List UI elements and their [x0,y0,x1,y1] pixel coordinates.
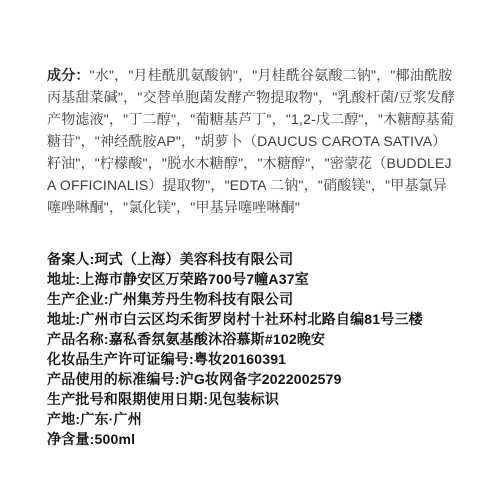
info-value: 广州市白云区均禾街罗岗村十社环村北路自编81号三楼 [80,311,423,327]
info-label: 产品名称 [47,331,104,347]
info-row-net-content: 净含量:500ml [47,429,457,449]
info-label: 产品使用的标准编号 [47,371,175,387]
info-value: 沪G妆网备字2022002579 [180,371,342,387]
info-value: 广东·广州 [80,411,142,427]
info-row-manufacturer: 生产企业:广州集芳丹生物科技有限公司 [47,289,457,309]
info-label: 生产企业 [47,291,104,307]
ingredients-paragraph: 成分："水"，"月桂酰肌氨酸钠"，"月桂酰谷氨酸二钠"，"椰油酰胺丙基甜菜碱"，… [47,64,457,218]
ingredients-separator: ： [75,67,89,83]
info-value: 500ml [94,431,135,447]
ingredients-label: 成分 [47,67,75,83]
info-row-product-name: 产品名称:嘉私香氛氨基酸沐浴慕斯#102晚安 [47,329,457,349]
product-info-page: 成分："水"，"月桂酰肌氨酸钠"，"月桂酰谷氨酸二钠"，"椰油酰胺丙基甜菜碱"，… [0,0,500,500]
info-row-standard-number: 产品使用的标准编号:沪G妆网备字2022002579 [47,369,457,389]
info-row-origin: 产地:广东·广州 [47,409,457,429]
info-label: 净含量 [47,431,90,447]
info-label: 地址 [47,271,75,287]
info-row-production-license: 化妆品生产许可证编号:粤妆20160391 [47,349,457,369]
info-value: 上海市静安区万荣路700号7幢A37室 [80,271,309,287]
info-label: 产地 [47,411,75,427]
info-value: 广州集芳丹生物科技有限公司 [109,291,294,307]
info-value: 嘉私香氛氨基酸沐浴慕斯#102晚安 [109,331,326,347]
product-info-content: 成分："水"，"月桂酰肌氨酸钠"，"月桂酰谷氨酸二钠"，"椰油酰胺丙基甜菜碱"，… [47,64,457,449]
info-row-batch-expiry: 生产批号和限期使用日期:见包装标识 [47,389,457,409]
info-label: 备案人 [47,251,90,267]
info-label: 地址 [47,311,75,327]
info-value: 珂式（上海）美容科技有限公司 [94,251,293,267]
info-label: 生产批号和限期使用日期 [47,391,203,407]
registration-info-block: 备案人:珂式（上海）美容科技有限公司 地址:上海市静安区万荣路700号7幢A37… [47,249,457,449]
info-row-filer: 备案人:珂式（上海）美容科技有限公司 [47,249,457,269]
ingredients-text: "水"，"月桂酰肌氨酸钠"，"月桂酰谷氨酸二钠"，"椰油酰胺丙基甜菜碱"，"交替… [47,67,455,215]
info-label: 化妆品生产许可证编号 [47,351,189,367]
info-value: 粤妆20160391 [194,351,286,367]
info-row-filer-address: 地址:上海市静安区万荣路700号7幢A37室 [47,269,457,289]
info-row-manufacturer-address: 地址:广州市白云区均禾街罗岗村十社环村北路自编81号三楼 [47,309,457,329]
info-value: 见包装标识 [208,391,279,407]
